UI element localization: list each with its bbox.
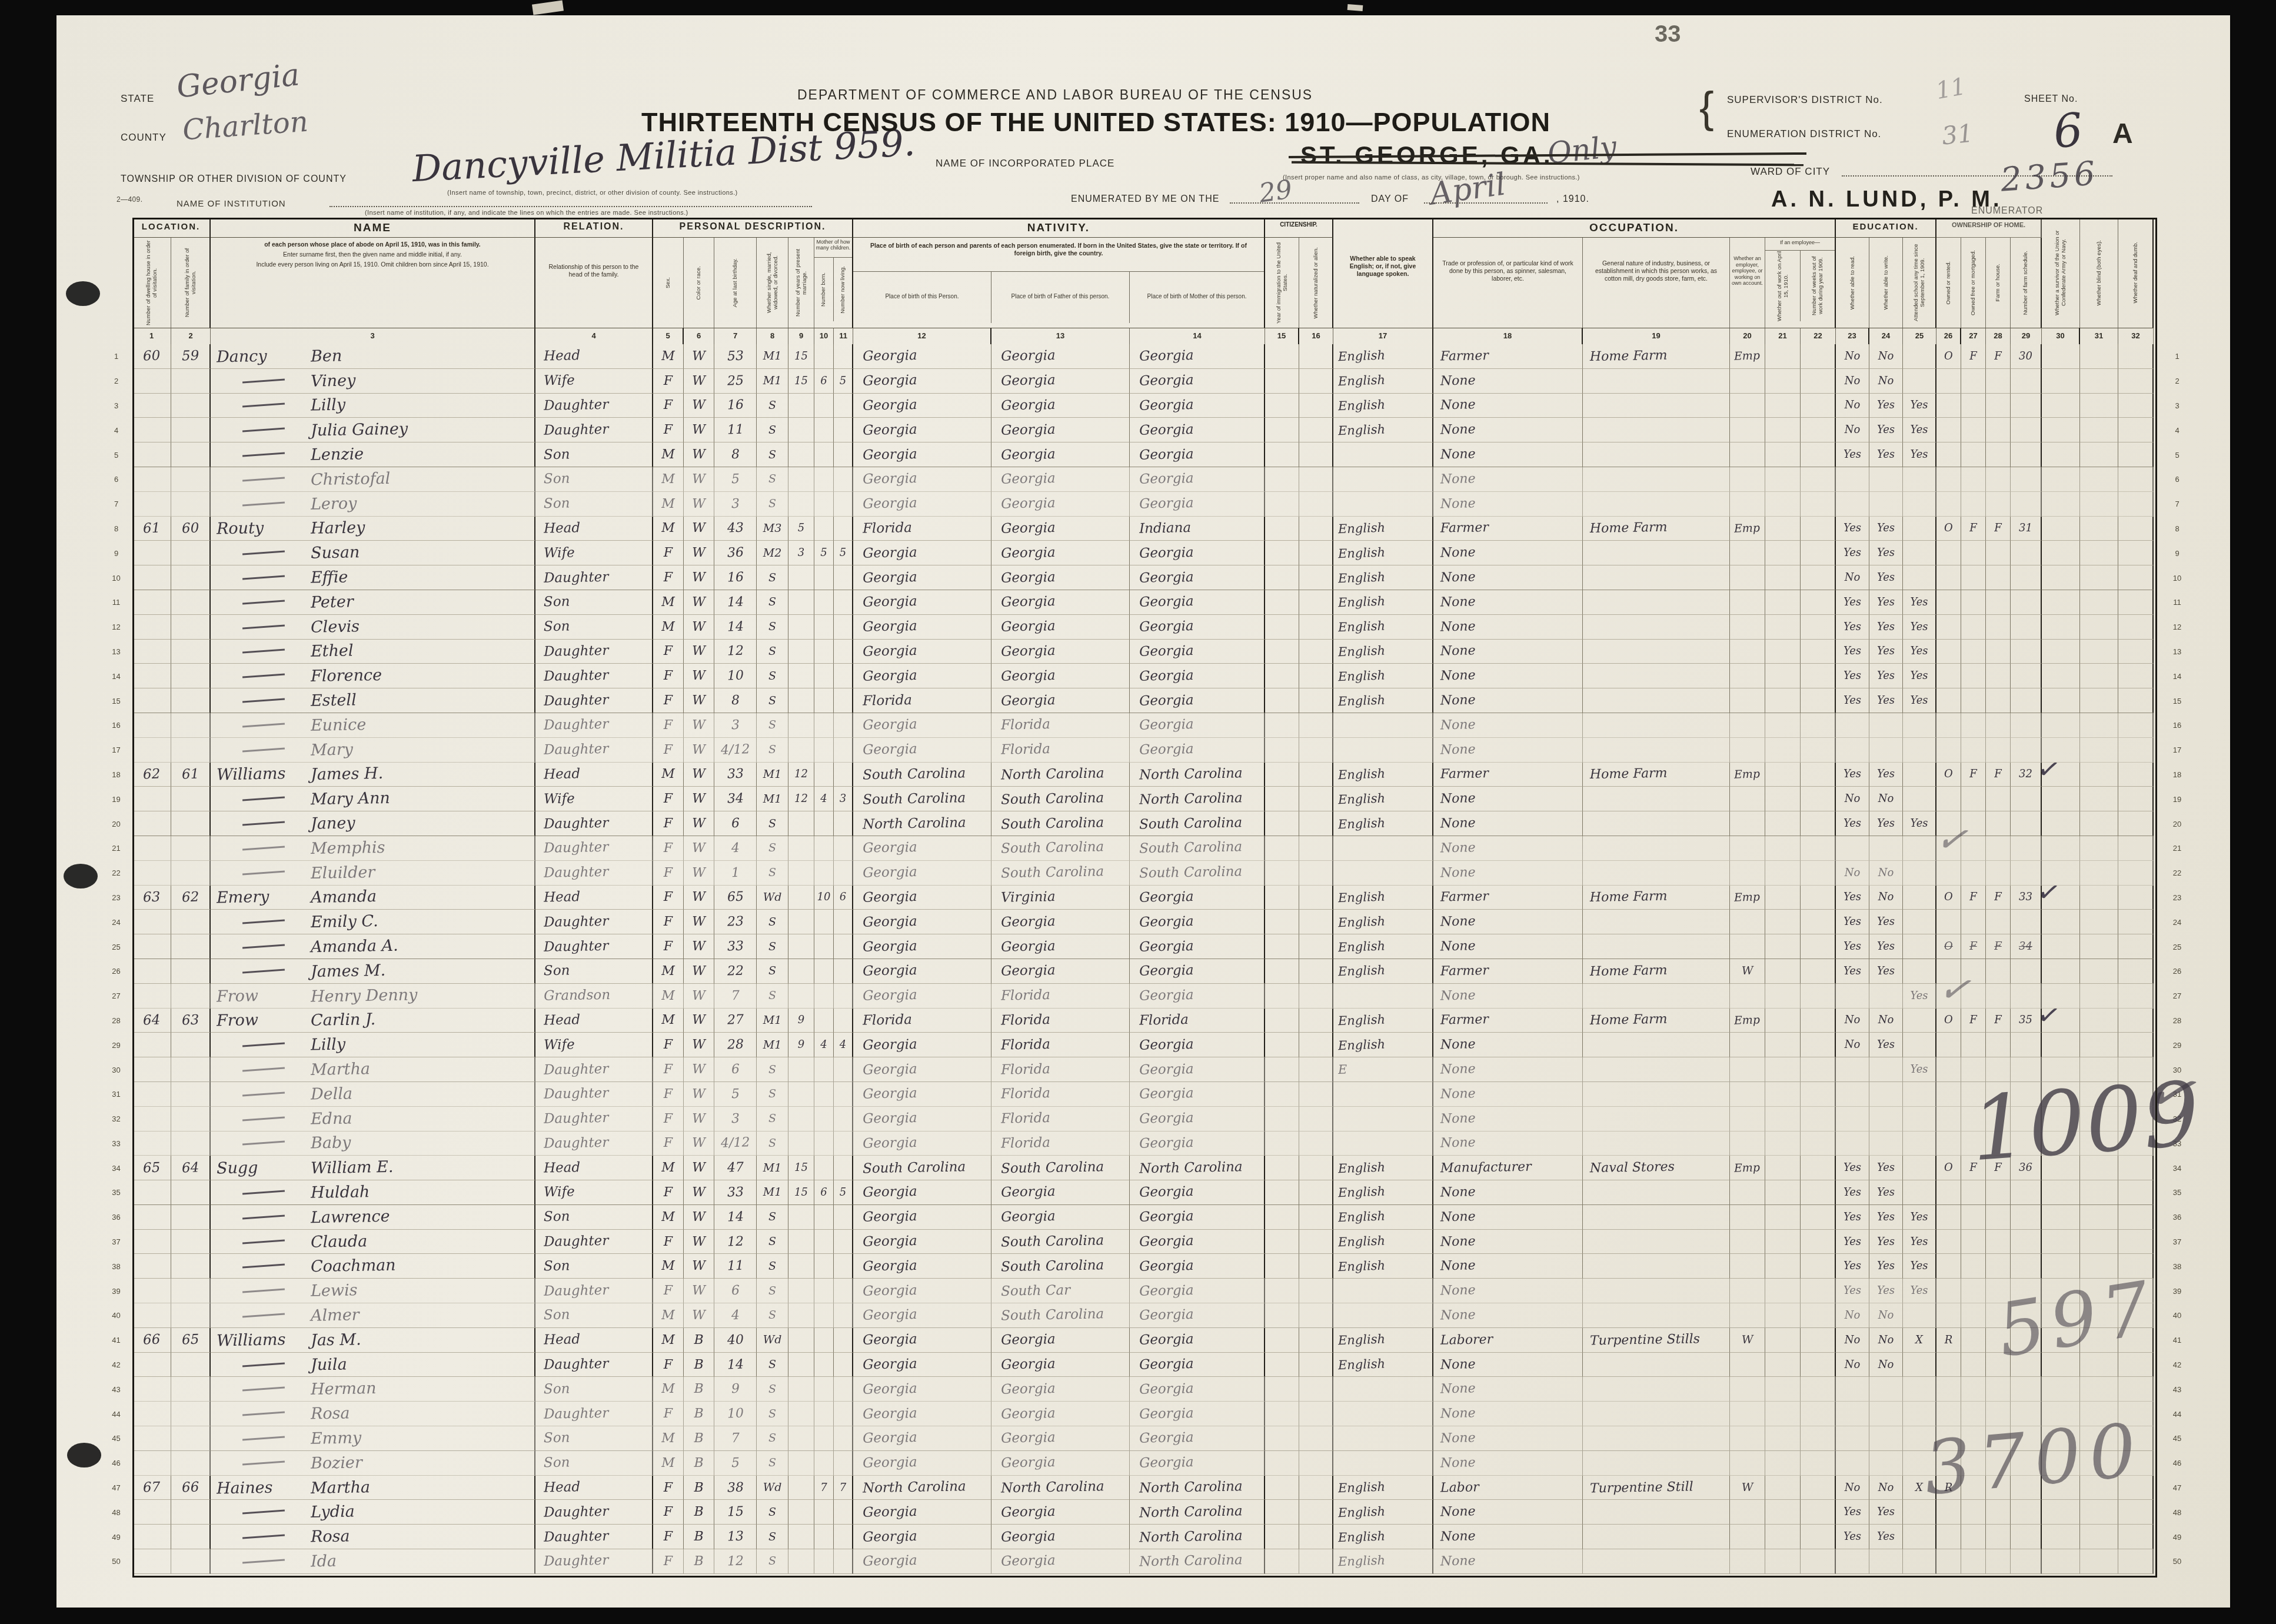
ditto-dash: [242, 1214, 285, 1219]
cell-c: W: [684, 418, 714, 442]
cell-age: 43: [714, 517, 757, 541]
cell-name: Della: [211, 1082, 535, 1107]
cell-emp: [1730, 1353, 1765, 1377]
row-number-left: 29: [100, 1033, 132, 1057]
cell-rel: Head: [535, 344, 653, 369]
cell-m: S: [757, 492, 788, 517]
cell-name: Lilly: [211, 394, 535, 418]
cell-cl: [834, 344, 853, 369]
col10-header: Number born.: [814, 258, 834, 321]
cell-bm: Georgia: [1130, 1205, 1265, 1230]
cell-m: S: [757, 1107, 788, 1132]
cell-o21: [1765, 811, 1801, 836]
cell-bf: Georgia: [991, 565, 1130, 590]
cell-cb: 6: [814, 369, 834, 394]
cell-o21: [1765, 959, 1801, 984]
cell-c: W: [684, 886, 714, 910]
cell-cl: 5: [834, 541, 853, 565]
cell-o22: [1801, 861, 1836, 886]
cell-bm: Georgia: [1130, 910, 1265, 934]
cell-sex: F: [653, 418, 684, 442]
cell-emp: W: [1730, 1476, 1765, 1500]
cell-v32: [2118, 394, 2154, 418]
cell-wr: Yes: [1869, 688, 1903, 713]
cell-m: S: [757, 811, 788, 836]
cell-y: [788, 1476, 814, 1500]
column-number: 23: [1836, 328, 1869, 344]
ditto-dash: [242, 723, 285, 727]
cell-rel: Daughter: [535, 713, 653, 738]
cell-sc: Yes: [1903, 688, 1936, 713]
cell-v30: [2042, 369, 2080, 394]
cell-i16: [1299, 344, 1333, 369]
cell-v30: [2042, 713, 2080, 738]
column-number: 5: [653, 328, 684, 344]
ditto-dash: [242, 747, 285, 752]
cell-fam: [171, 787, 211, 811]
cell-c: B: [684, 1377, 714, 1402]
cell-cb: [814, 1057, 834, 1082]
cell-tr: None: [1433, 664, 1583, 688]
district-brace: {: [1699, 82, 1714, 132]
cell-o21: [1765, 1107, 1801, 1132]
cell-sc: [1903, 763, 1936, 787]
cell-o22: [1801, 344, 1836, 369]
enumerated-day-blank: [1230, 194, 1359, 204]
cell-of: F: [1961, 517, 1986, 541]
cell-bm: Georgia: [1130, 565, 1265, 590]
col25-header: Attended school any time since September…: [1903, 238, 1936, 328]
cell-rd: Yes: [1836, 640, 1869, 664]
cell-cb: [814, 1426, 834, 1451]
cell-wr: Yes: [1869, 1156, 1903, 1180]
cell-bp: Georgia: [853, 713, 991, 738]
cell-v31: [2080, 836, 2118, 861]
cell-o22: [1801, 517, 1836, 541]
cell-en: English: [1333, 590, 1433, 615]
cell-tr: Farmer: [1433, 344, 1583, 369]
cell-en: [1333, 1082, 1433, 1107]
cell-of: [1961, 1525, 1986, 1549]
cell-sn: [2011, 811, 2042, 836]
cell-wr: [1869, 1057, 1903, 1082]
col29-header: Number of farm schedule.: [2011, 238, 2042, 328]
cell-cb: [814, 394, 834, 418]
cell-ind: [1583, 1451, 1730, 1476]
cell-dw: [132, 1279, 171, 1303]
cell-tr: None: [1433, 1254, 1583, 1279]
cell-wr: Yes: [1869, 394, 1903, 418]
cell-v31: [2080, 1525, 2118, 1549]
cell-o21: [1765, 1377, 1801, 1402]
cell-emp: W: [1730, 1328, 1765, 1353]
cell-y: [788, 394, 814, 418]
cell-of: [1961, 1377, 1986, 1402]
cell-y: [788, 492, 814, 517]
cell-fam: 63: [171, 1009, 211, 1033]
cell-age: 38: [714, 1476, 757, 1500]
cell-cl: [834, 1402, 853, 1426]
cell-age: 40: [714, 1328, 757, 1353]
row-number-left: 41: [100, 1328, 132, 1353]
cell-bm: Georgia: [1130, 1426, 1265, 1451]
cell-age: 53: [714, 344, 757, 369]
row-number-left: 24: [100, 910, 132, 934]
cell-fh: [1986, 861, 2011, 886]
cell-bf: Florida: [991, 1057, 1130, 1082]
row-number-left: 44: [100, 1402, 132, 1426]
cell-o22: [1801, 738, 1836, 763]
margin-annotation: ✓: [1936, 966, 1973, 1014]
enumeration-district-label: ENUMERATION DISTRICT No.: [1727, 128, 1881, 140]
cell-o22: [1801, 1132, 1836, 1156]
row-number-left: 43: [100, 1377, 132, 1402]
cell-dw: [132, 1303, 171, 1328]
cell-of: [1961, 394, 1986, 418]
cell-v31: [2080, 1500, 2118, 1525]
cell-rd: [1836, 1549, 1869, 1574]
cell-cl: [834, 959, 853, 984]
cell-emp: [1730, 1180, 1765, 1205]
cell-bm: North Carolina: [1130, 1500, 1265, 1525]
cell-ow: [1936, 1402, 1961, 1426]
cell-rel: Daughter: [535, 1549, 653, 1574]
cell-bp: Georgia: [853, 1451, 991, 1476]
cell-sn: [2011, 1230, 2042, 1254]
cell-m: M1: [757, 369, 788, 394]
cell-c: W: [684, 394, 714, 418]
cell-o22: [1801, 1180, 1836, 1205]
ditto-dash: [242, 1067, 285, 1071]
cell-bf: Georgia: [991, 615, 1130, 640]
column-number: 32: [2118, 328, 2154, 344]
cell-rd: No: [1836, 1009, 1869, 1033]
cell-rel: Son: [535, 467, 653, 492]
cell-c: W: [684, 590, 714, 615]
cell-name: WilliamsJames H.: [211, 763, 535, 787]
cell-o21: [1765, 541, 1801, 565]
cell-fh: [1986, 565, 2011, 590]
cell-dw: [132, 492, 171, 517]
cell-rel: Wife: [535, 1180, 653, 1205]
row-number-left: 17: [100, 738, 132, 763]
col19-header: General nature of industry, business, or…: [1583, 238, 1730, 328]
cell-of: [1961, 492, 1986, 517]
column-number: 9: [788, 328, 814, 344]
cell-v32: [2118, 1230, 2154, 1254]
cell-name: Eunice: [211, 713, 535, 738]
cell-name: Ida: [211, 1549, 535, 1574]
cell-age: 14: [714, 590, 757, 615]
cell-bp: Georgia: [853, 886, 991, 910]
col18-header: Trade or profession of, or particular ki…: [1433, 238, 1583, 328]
cell-ind: [1583, 688, 1730, 713]
cell-o21: [1765, 1279, 1801, 1303]
cell-m: S: [757, 1279, 788, 1303]
column-number: 13: [991, 328, 1130, 344]
cell-bp: South Carolina: [853, 787, 991, 811]
cell-age: 5: [714, 1082, 757, 1107]
cell-fh: F: [1986, 763, 2011, 787]
cell-cl: [834, 517, 853, 541]
cell-c: W: [684, 1033, 714, 1057]
cell-m: S: [757, 590, 788, 615]
cell-emp: [1730, 688, 1765, 713]
cell-rd: Yes: [1836, 959, 1869, 984]
row-number-right: 46: [2154, 1451, 2201, 1476]
cell-v32: [2118, 1205, 2154, 1230]
cell-en: E: [1333, 1057, 1433, 1082]
cell-v30: [2042, 615, 2080, 640]
cell-age: 6: [714, 811, 757, 836]
cell-bp: Georgia: [853, 861, 991, 886]
cell-bp: Georgia: [853, 467, 991, 492]
cell-v30: [2042, 442, 2080, 467]
cell-rd: [1836, 1107, 1869, 1132]
cell-name: FrowHenry Denny: [211, 984, 535, 1009]
col3-header: of each person whose place of abode on A…: [211, 238, 535, 328]
cell-v31: [2080, 1009, 2118, 1033]
cell-v30: [2042, 1033, 2080, 1057]
institution-label: NAME OF INSTITUTION: [177, 199, 286, 209]
cell-c: B: [684, 1402, 714, 1426]
cell-ow: [1936, 1525, 1961, 1549]
cell-ow: [1936, 1107, 1961, 1132]
ditto-dash: [242, 944, 285, 949]
cell-sex: F: [653, 1180, 684, 1205]
cell-sn: [2011, 787, 2042, 811]
cell-bf: Georgia: [991, 394, 1130, 418]
ditto-dash: [242, 575, 285, 580]
cell-dw: [132, 1057, 171, 1082]
cell-cl: [834, 1057, 853, 1082]
cell-v30: [2042, 664, 2080, 688]
cell-y: [788, 565, 814, 590]
cell-v30: [2042, 836, 2080, 861]
cell-age: 9: [714, 1377, 757, 1402]
cell-o22: [1801, 1549, 1836, 1574]
cell-tr: Farmer: [1433, 886, 1583, 910]
cell-ind: [1583, 1525, 1730, 1549]
cell-sc: [1903, 1009, 1936, 1033]
cell-m: Wd: [757, 1476, 788, 1500]
cell-wr: Yes: [1869, 1230, 1903, 1254]
cell-of: [1961, 1549, 1986, 1574]
cell-i16: [1299, 934, 1333, 959]
col20-header: Whether an employer, employee, or workin…: [1730, 238, 1765, 328]
cell-cl: [834, 1328, 853, 1353]
cell-i16: [1299, 1082, 1333, 1107]
cell-rel: Wife: [535, 541, 653, 565]
cell-rd: No: [1836, 787, 1869, 811]
cell-cl: [834, 394, 853, 418]
cell-ow: [1936, 664, 1961, 688]
cell-bm: Florida: [1130, 1009, 1265, 1033]
cell-rel: Wife: [535, 1033, 653, 1057]
cell-bp: Georgia: [853, 1303, 991, 1328]
cell-fam: [171, 615, 211, 640]
col23-header: Whether able to read.: [1836, 238, 1869, 328]
cell-tr: None: [1433, 1353, 1583, 1377]
scan-edge-bottom: [0, 1609, 2276, 1624]
cell-sc: Yes: [1903, 1057, 1936, 1082]
cell-cl: 5: [834, 1180, 853, 1205]
cell-dw: 67: [132, 1476, 171, 1500]
cell-bf: Florida: [991, 1107, 1130, 1132]
cell-wr: Yes: [1869, 763, 1903, 787]
cell-sn: [2011, 541, 2042, 565]
cell-sc: [1903, 1525, 1936, 1549]
cell-c: W: [684, 1254, 714, 1279]
cell-name: Peter: [211, 590, 535, 615]
cell-i16: [1299, 763, 1333, 787]
cell-v31: [2080, 763, 2118, 787]
enumerator-name-stamp: A. N. LUND, P. M.: [1771, 187, 2002, 212]
cell-en: English: [1333, 1180, 1433, 1205]
if-employee-group: If an employee— Whether out of work on A…: [1765, 238, 1836, 328]
cell-bm: Georgia: [1130, 738, 1265, 763]
cell-ind: [1583, 1303, 1730, 1328]
cell-ind: [1583, 1426, 1730, 1451]
cell-age: 13: [714, 1525, 757, 1549]
cell-o21: [1765, 1009, 1801, 1033]
row-number-left: 4: [100, 418, 132, 442]
cell-y: [788, 738, 814, 763]
cell-wr: No: [1869, 1009, 1903, 1033]
cell-o21: [1765, 1402, 1801, 1426]
cell-rel: Daughter: [535, 640, 653, 664]
cell-cb: [814, 1525, 834, 1549]
col11-header: Number now living.: [834, 258, 852, 321]
cell-en: English: [1333, 934, 1433, 959]
cell-bm: North Carolina: [1130, 787, 1265, 811]
cell-fam: [171, 1303, 211, 1328]
cell-rel: Daughter: [535, 664, 653, 688]
cell-rel: Daughter: [535, 934, 653, 959]
column-number: 24: [1869, 328, 1903, 344]
section-relation: RELATION.: [535, 218, 653, 238]
row-number-right: 35: [2154, 1180, 2201, 1205]
cell-ind: [1583, 1377, 1730, 1402]
cell-dw: [132, 442, 171, 467]
cell-dw: [132, 418, 171, 442]
cell-rel: Daughter: [535, 836, 653, 861]
cell-bm: Georgia: [1130, 1254, 1265, 1279]
cell-name: Juila: [211, 1353, 535, 1377]
column-number: 21: [1765, 328, 1801, 344]
cell-of: F: [1961, 763, 1986, 787]
cell-i15: [1265, 1205, 1299, 1230]
cell-cb: [814, 640, 834, 664]
cell-emp: [1730, 492, 1765, 517]
cell-i15: [1265, 811, 1299, 836]
cell-wr: [1869, 467, 1903, 492]
ward-of-city-label: WARD OF CITY: [1751, 166, 1830, 178]
cell-o21: [1765, 1451, 1801, 1476]
cell-ow: [1936, 713, 1961, 738]
cell-sc: Yes: [1903, 811, 1936, 836]
cell-rel: Wife: [535, 787, 653, 811]
cell-en: [1333, 1426, 1433, 1451]
cell-of: [1961, 1254, 1986, 1279]
cell-m: S: [757, 984, 788, 1009]
cell-o21: [1765, 1426, 1801, 1451]
cell-sc: Yes: [1903, 1254, 1936, 1279]
cell-sex: F: [653, 861, 684, 886]
cell-bm: North Carolina: [1130, 763, 1265, 787]
cell-ind: [1583, 615, 1730, 640]
cell-i15: [1265, 1377, 1299, 1402]
cell-rd: Yes: [1836, 763, 1869, 787]
cell-fam: [171, 640, 211, 664]
cell-cb: [814, 1328, 834, 1353]
cell-sc: [1903, 1303, 1936, 1328]
cell-sc: Yes: [1903, 1279, 1936, 1303]
cell-bp: Georgia: [853, 959, 991, 984]
cell-emp: Emp: [1730, 1156, 1765, 1180]
cell-c: W: [684, 1132, 714, 1156]
cell-sn: [2011, 590, 2042, 615]
cell-v31: [2080, 688, 2118, 713]
cell-ind: Home Farm: [1583, 517, 1730, 541]
cell-v32: [2118, 615, 2154, 640]
cell-sc: [1903, 1082, 1936, 1107]
cell-dw: [132, 467, 171, 492]
cell-rd: Yes: [1836, 934, 1869, 959]
cell-emp: [1730, 713, 1765, 738]
column-number: 28: [1986, 328, 2011, 344]
cell-cb: [814, 1082, 834, 1107]
cell-bp: Georgia: [853, 418, 991, 442]
cell-sc: Yes: [1903, 590, 1936, 615]
cell-cl: 5: [834, 369, 853, 394]
cell-name: Lenzie: [211, 442, 535, 467]
row-number-left: 20: [100, 811, 132, 836]
cell-fh: [1986, 836, 2011, 861]
cell-fh: [1986, 369, 2011, 394]
cell-fh: [1986, 1377, 2011, 1402]
cell-of: [1961, 640, 1986, 664]
cell-en: [1333, 738, 1433, 763]
cell-dw: [132, 1180, 171, 1205]
cell-v31: [2080, 886, 2118, 910]
cell-c: B: [684, 1476, 714, 1500]
cell-sex: F: [653, 541, 684, 565]
cell-o22: [1801, 1009, 1836, 1033]
cell-tr: None: [1433, 1303, 1583, 1328]
cell-age: 12: [714, 1230, 757, 1254]
cell-of: [1961, 467, 1986, 492]
cell-sex: M: [653, 344, 684, 369]
cell-o22: [1801, 1476, 1836, 1500]
cell-cl: [834, 1377, 853, 1402]
cell-c: W: [684, 787, 714, 811]
cell-ind: [1583, 442, 1730, 467]
cell-rel: Daughter: [535, 1353, 653, 1377]
cell-age: 27: [714, 1009, 757, 1033]
cell-cl: 3: [834, 787, 853, 811]
row-number-left: 25: [100, 934, 132, 959]
cell-en: English: [1333, 787, 1433, 811]
cell-i15: [1265, 1328, 1299, 1353]
column-number: 25: [1903, 328, 1936, 344]
cell-wr: No: [1869, 1476, 1903, 1500]
cell-age: 3: [714, 713, 757, 738]
ditto-dash: [242, 1091, 285, 1096]
cell-emp: Emp: [1730, 344, 1765, 369]
cell-rel: Daughter: [535, 1230, 653, 1254]
cell-fh: [1986, 590, 2011, 615]
